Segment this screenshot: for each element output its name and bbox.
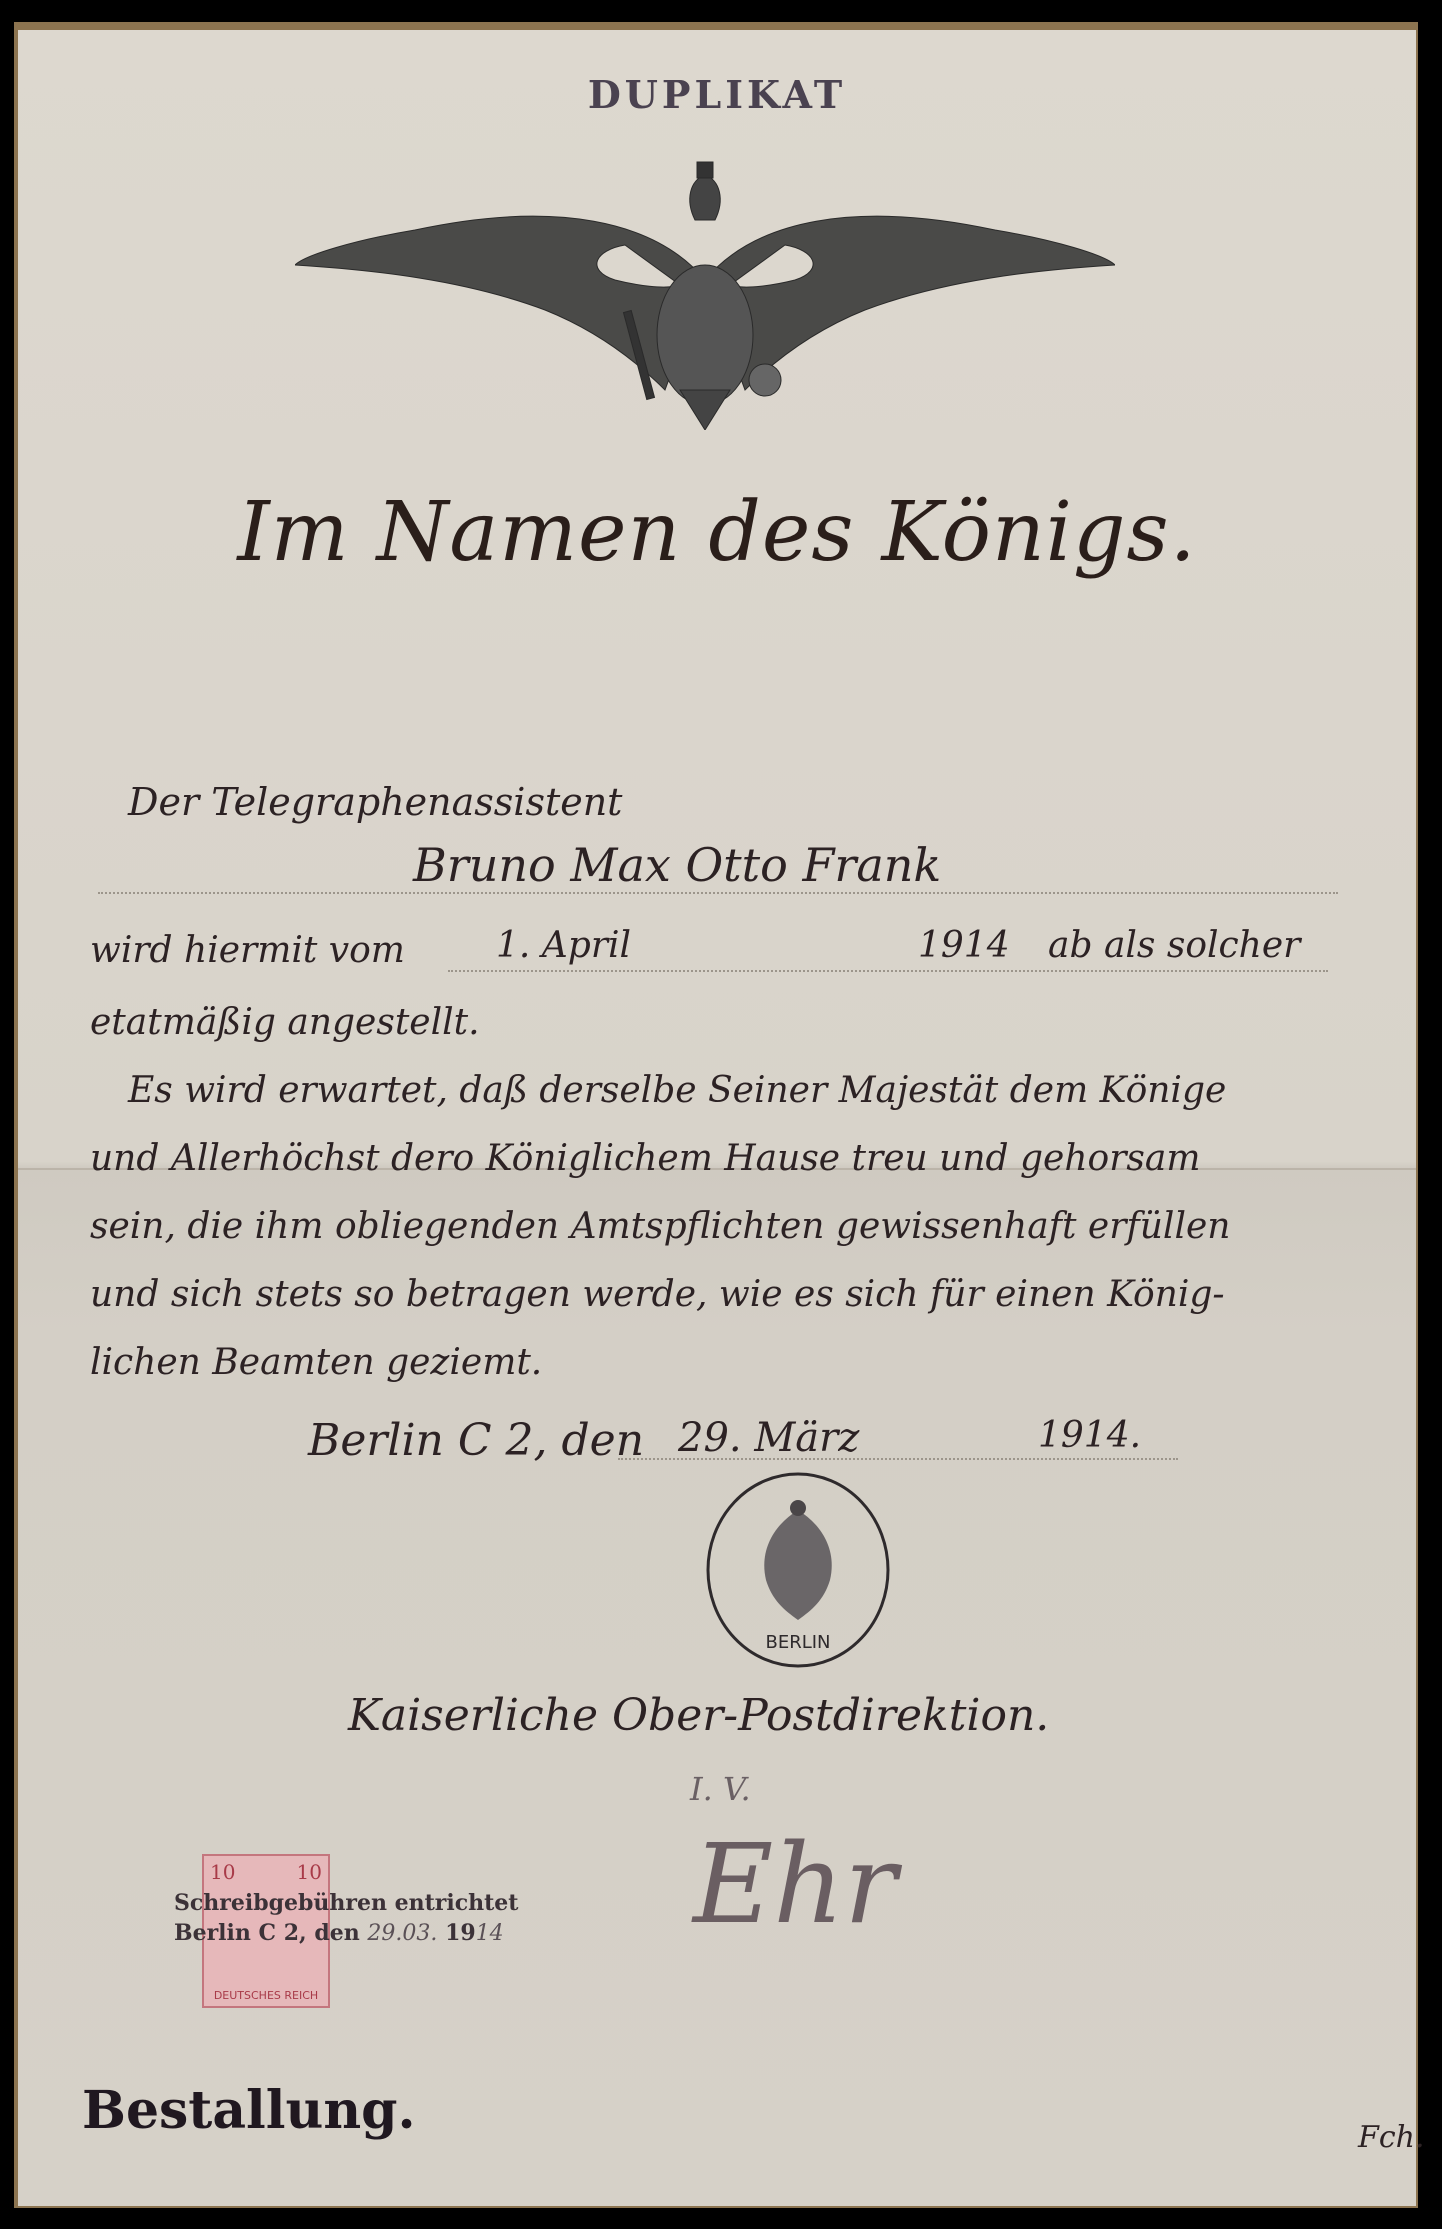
oath-line-5: lichen Beamten geziemt. bbox=[90, 1342, 542, 1383]
official-seal-icon: BERLIN bbox=[704, 1470, 892, 1670]
fee-year-suffix: 14 bbox=[476, 1921, 504, 1946]
dotted-rule bbox=[98, 892, 1338, 894]
appointee-name: Bruno Max Otto Frank bbox=[413, 838, 941, 892]
start-year: 1914 bbox=[918, 925, 1010, 966]
certificate-paper: DUPLIKAT Im Namen des Königs. Der Telegr… bbox=[18, 30, 1416, 2206]
fee-line-1: Schreibgebühren entrichtet bbox=[174, 1888, 518, 1918]
duplikat-stamp: DUPLIKAT bbox=[18, 72, 1416, 117]
issue-year: 1914. bbox=[1038, 1415, 1141, 1456]
document-type-label: Bestallung. bbox=[82, 2080, 416, 2141]
fee-year-prefix: 19 bbox=[445, 1920, 476, 1946]
fee-line-2: Berlin C 2, den 29.03. 1914 bbox=[174, 1918, 518, 1949]
signature: Ehr bbox=[693, 1820, 897, 1948]
oath-line-1: Es wird erwartet, daß derselbe Seiner Ma… bbox=[128, 1070, 1226, 1111]
oath-line-4: und sich stets so betragen werde, wie es… bbox=[90, 1274, 1225, 1315]
oath-line-3: sein, die ihm obliegenden Amtspflichten … bbox=[90, 1206, 1230, 1247]
start-date: 1. April bbox=[496, 925, 631, 966]
clerk-initials: Fch. bbox=[1358, 2120, 1424, 2155]
fee-date: 29.03. bbox=[367, 1921, 437, 1946]
prussian-eagle-icon bbox=[295, 160, 1115, 430]
stamp-value-right: 10 bbox=[297, 1860, 322, 1884]
oath-line-2: und Allerhöchst dero Königlichem Hause t… bbox=[90, 1138, 1201, 1179]
hiermit-text: wird hiermit vom bbox=[90, 930, 405, 971]
stamp-country: DEUTSCHES REICH bbox=[204, 1989, 328, 2002]
authority-text: Kaiserliche Ober-Postdirektion. bbox=[348, 1690, 1049, 1741]
stamp-value-left: 10 bbox=[210, 1860, 235, 1884]
fee-place: Berlin C 2, den bbox=[174, 1920, 360, 1946]
proxy-mark: I. V. bbox=[690, 1770, 751, 1808]
issue-date: 29. März bbox=[678, 1415, 859, 1461]
dotted-rule bbox=[448, 970, 1328, 972]
place-label: Berlin C 2, den bbox=[308, 1415, 644, 1466]
fee-overprint: Schreibgebühren entrichtet Berlin C 2, d… bbox=[174, 1888, 518, 1949]
angestellt-text: etatmäßig angestellt. bbox=[90, 1002, 480, 1043]
als-solcher-text: ab als solcher bbox=[1048, 925, 1300, 966]
rank-text: Der Telegraphenassistent bbox=[128, 780, 622, 824]
page-title: Im Namen des Königs. bbox=[18, 485, 1416, 580]
seal-city: BERLIN bbox=[765, 1632, 830, 1653]
